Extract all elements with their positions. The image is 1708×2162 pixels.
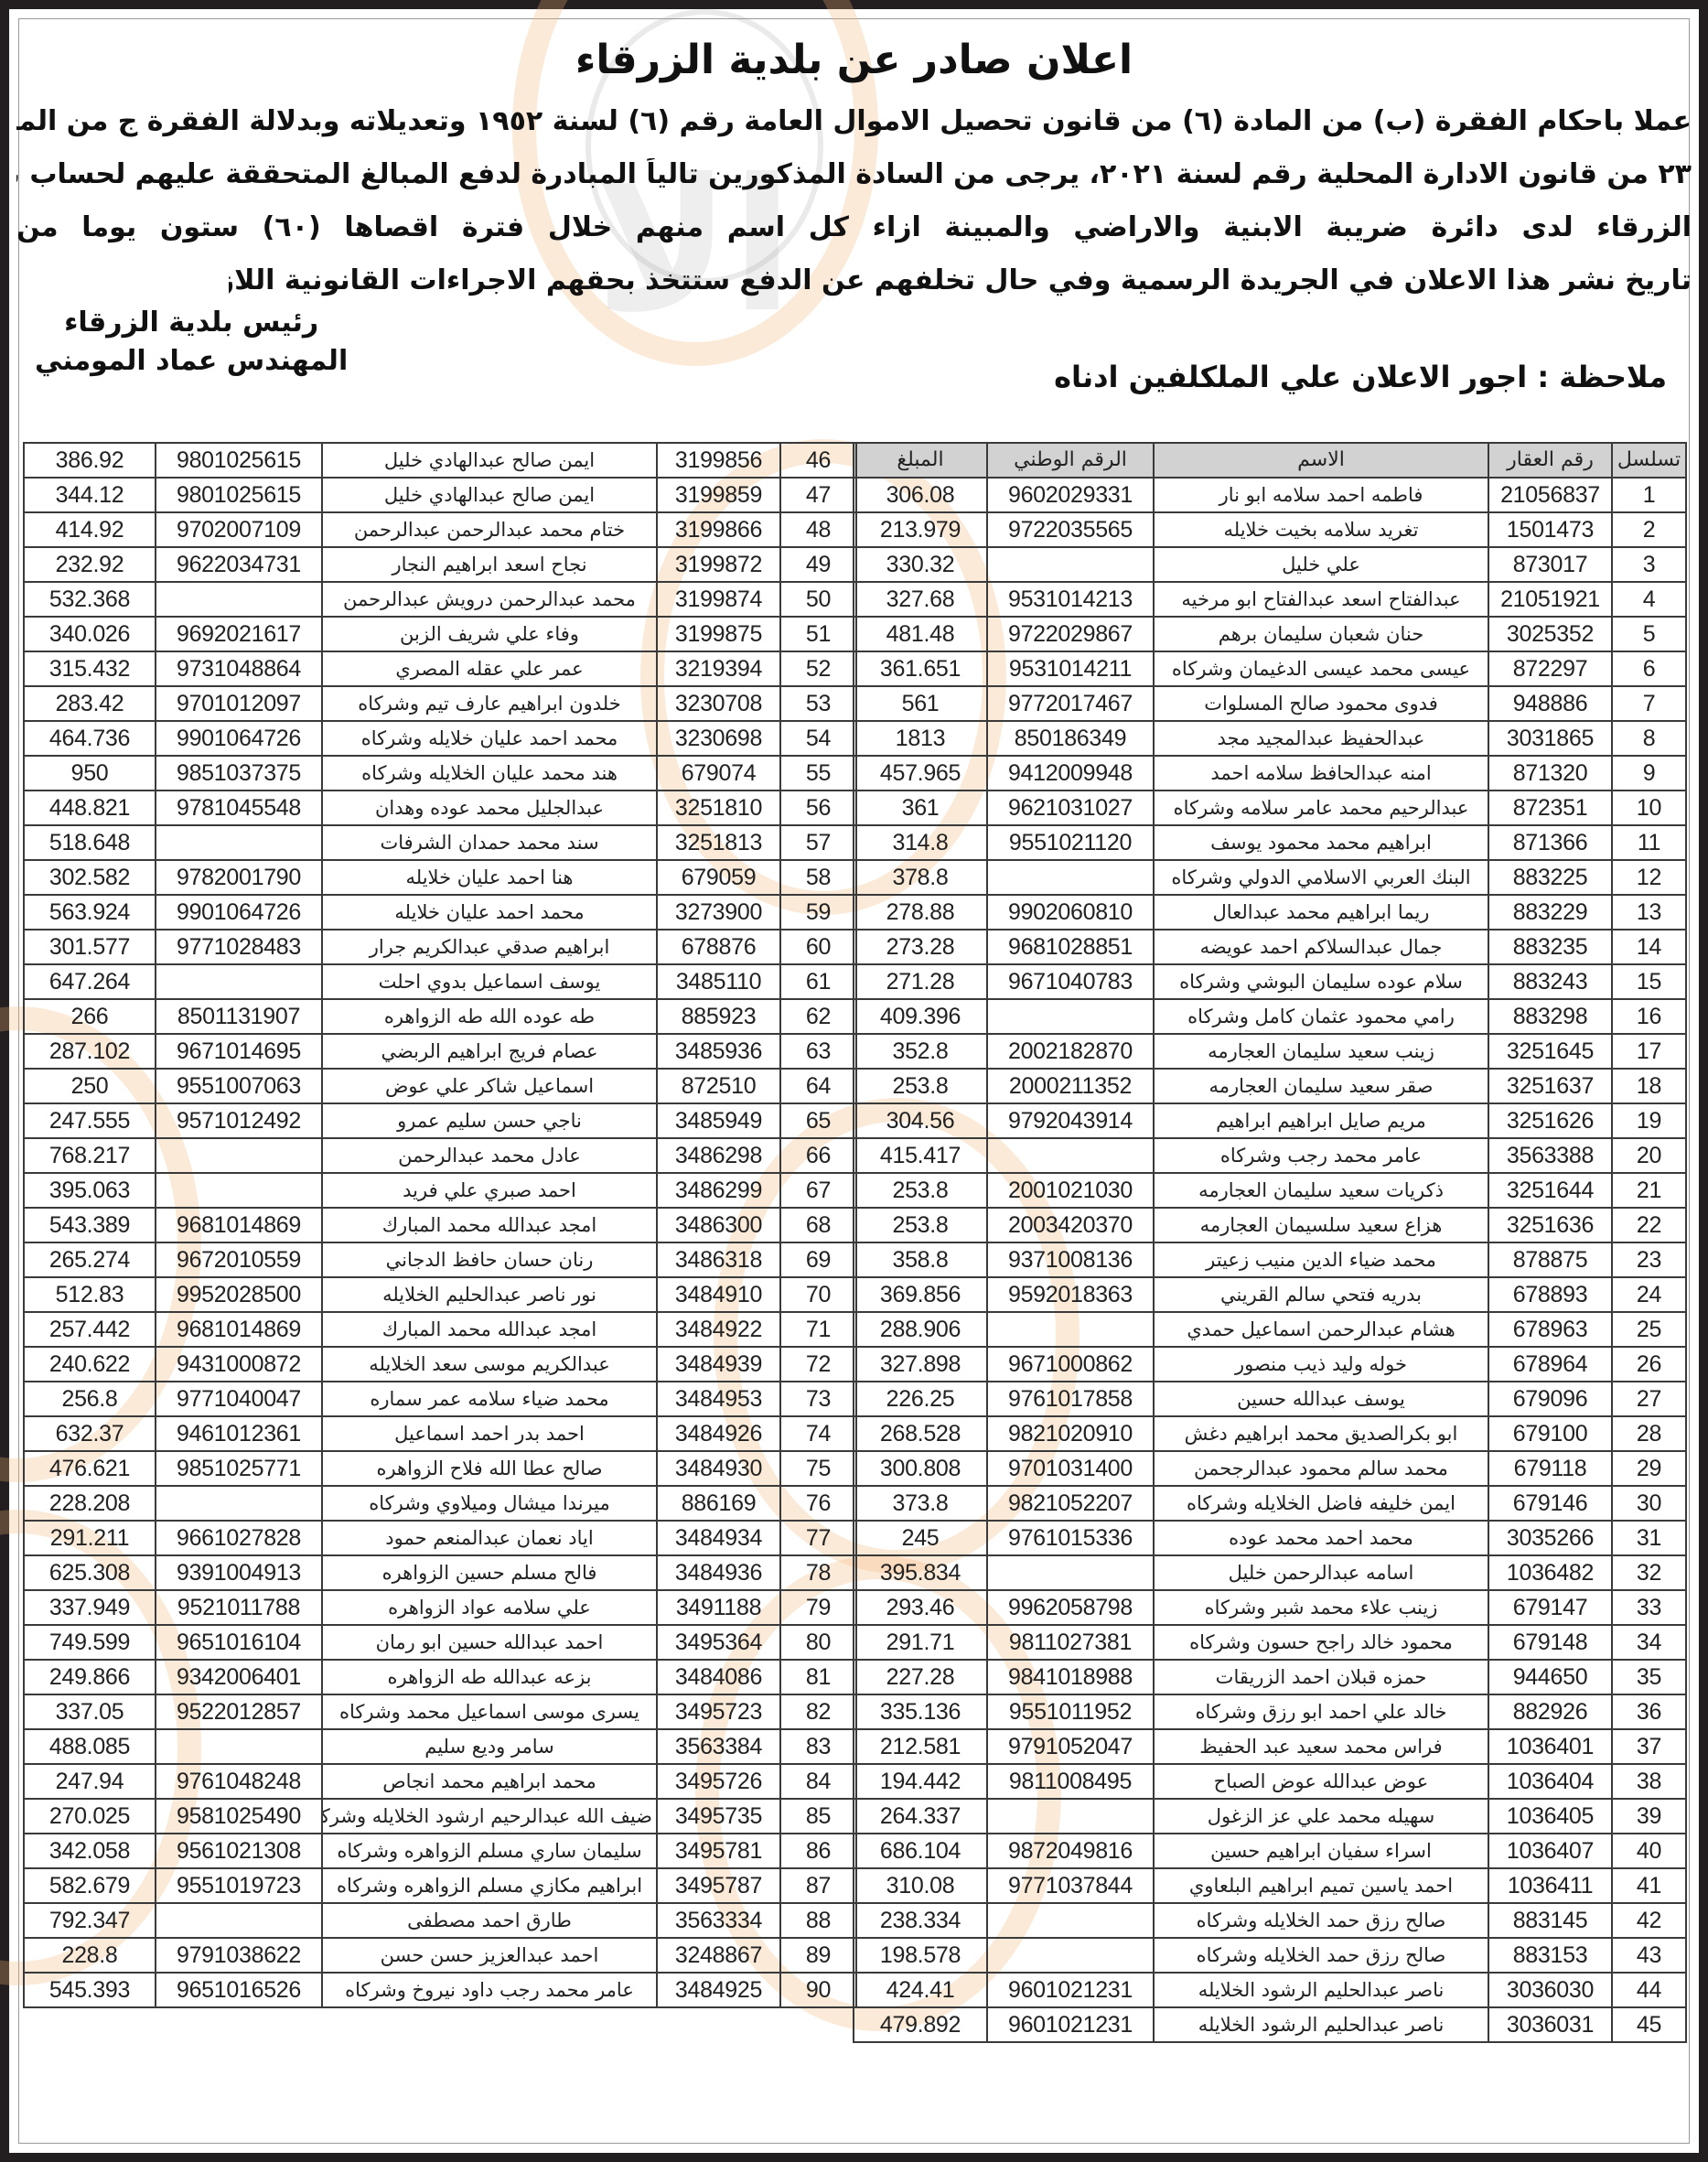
cell-name: سامر وديع سليم	[322, 1729, 657, 1764]
cell-national-id: 9761017858	[987, 1382, 1154, 1416]
cell-amount: 287.102	[24, 1034, 156, 1069]
cell-name: ناجي حسن سليم عمرو	[322, 1103, 657, 1138]
cell-property-no: 3495723	[657, 1694, 780, 1729]
cell-national-id: 9801025615	[156, 478, 322, 512]
cell-national-id	[156, 964, 322, 999]
cell-serial: 66	[780, 1138, 856, 1173]
cell-serial: 67	[780, 1173, 856, 1208]
header-amount: المبلغ	[854, 443, 987, 478]
cell-national-id: 9581025490	[156, 1799, 322, 1834]
cell-name: عبدالكريم موسى سعد الخلايله	[322, 1347, 657, 1382]
cell-serial: 64	[780, 1069, 856, 1103]
cell-property-no: 883153	[1488, 1938, 1612, 1973]
cell-name: سند محمد حمدان الشرفات	[322, 825, 657, 860]
cell-name: ابراهيم صدقي عبدالكريم جرار	[322, 930, 657, 964]
cell-name: هنا احمد عليان خلايله	[322, 860, 657, 895]
table-row: 443036030ناصر عبدالحليم الرشود الخلايله9…	[854, 1973, 1686, 2007]
cell-amount: 240.622	[24, 1347, 156, 1382]
cell-serial: 21	[1612, 1173, 1686, 1208]
table-row: 483199866ختام محمد عبدالرحمن عبدالرحمن97…	[24, 512, 856, 547]
cell-property-no: 679147	[1488, 1590, 1612, 1625]
cell-national-id: 9701031400	[987, 1451, 1154, 1486]
table-row: 903484925عامر محمد رجب داود نيروخ وشركاه…	[24, 1973, 856, 2007]
cell-national-id: 9761048248	[156, 1764, 322, 1799]
table-row: 223251636هزاع سعيد سلسيمان العجارمه20034…	[854, 1208, 1686, 1242]
cell-amount: 686.104	[854, 1834, 987, 1868]
cell-amount: 518.648	[24, 825, 156, 860]
cell-serial: 71	[780, 1312, 856, 1347]
cell-national-id: 9601021231	[987, 2007, 1154, 2042]
cell-amount: 561	[854, 686, 987, 721]
cell-serial: 63	[780, 1034, 856, 1069]
table-row: 13883229ريما ابراهيم محمد عبدالعال990206…	[854, 895, 1686, 930]
cell-serial: 9	[1612, 756, 1686, 791]
cell-property-no: 3484086	[657, 1660, 780, 1694]
cell-property-no: 3484934	[657, 1521, 780, 1555]
cell-serial: 25	[1612, 1312, 1686, 1347]
cell-amount: 1813	[854, 721, 987, 756]
cell-property-no: 3495781	[657, 1834, 780, 1868]
cell-property-no: 3486298	[657, 1138, 780, 1173]
cell-national-id: 9622034731	[156, 547, 322, 582]
cell-amount: 337.949	[24, 1590, 156, 1625]
cell-property-no: 1036482	[1488, 1555, 1612, 1590]
cell-property-no: 3251636	[1488, 1208, 1612, 1242]
cell-amount: 409.396	[854, 999, 987, 1034]
cell-property-no: 3486318	[657, 1242, 780, 1277]
cell-name: عامر محمد رجب وشركاه	[1154, 1138, 1488, 1173]
cell-name: ابو بكرالصديق محمد ابراهيم دغش	[1154, 1416, 1488, 1451]
cell-serial: 37	[1612, 1729, 1686, 1764]
cell-serial: 8	[1612, 721, 1686, 756]
cell-serial: 56	[780, 791, 856, 825]
cell-amount: 792.347	[24, 1903, 156, 1938]
cell-serial: 78	[780, 1555, 856, 1590]
table-row: 493199872نجاح اسعد ابراهيم النجار9622034…	[24, 547, 856, 582]
cell-serial: 65	[780, 1103, 856, 1138]
cell-national-id: 9531014211	[987, 651, 1154, 686]
table-row: 773484934اياد نعمان عبدالمنعم حمود966102…	[24, 1521, 856, 1555]
table-row: 34679148محمود خالد راجح حسون وشركاه98110…	[854, 1625, 1686, 1660]
cell-property-no: 678893	[1488, 1277, 1612, 1312]
table-row: 673486299احمد صبري علي فريد395.063	[24, 1173, 856, 1208]
cell-serial: 74	[780, 1416, 856, 1451]
cell-national-id: 9551019723	[156, 1868, 322, 1903]
cell-amount: 327.68	[854, 582, 987, 617]
cell-national-id: 9551011952	[987, 1694, 1154, 1729]
table-row: 783484936فالح مسلم حسين الزواهره93910049…	[24, 1555, 856, 1590]
table-row: 28679100ابو بكرالصديق محمد ابراهيم دغش98…	[854, 1416, 1686, 1451]
cell-national-id: 2000211352	[987, 1069, 1154, 1103]
cell-national-id: 2003420370	[987, 1208, 1154, 1242]
cell-amount: 256.8	[24, 1382, 156, 1416]
cell-serial: 34	[1612, 1625, 1686, 1660]
table-row: 12883225البنك العربي الاسلامي الدولي وشر…	[854, 860, 1686, 895]
cell-amount: 582.679	[24, 1868, 156, 1903]
cell-national-id: 9782001790	[156, 860, 322, 895]
cell-amount: 342.058	[24, 1834, 156, 1868]
cell-serial: 48	[780, 512, 856, 547]
cell-name: ابراهيم محمد محمود يوسف	[1154, 825, 1488, 860]
cell-property-no: 678963	[1488, 1312, 1612, 1347]
cell-serial: 72	[780, 1347, 856, 1382]
cell-serial: 49	[780, 547, 856, 582]
cell-serial: 47	[780, 478, 856, 512]
cell-serial: 15	[1612, 964, 1686, 999]
cell-name: يوسف اسماعيل بدوي احلت	[322, 964, 657, 999]
cell-amount: 315.432	[24, 651, 156, 686]
table-row: 33679147زينب علاء محمد شبر وشركاه9962058…	[854, 1590, 1686, 1625]
cell-name: وفاء علي شريف الزبن	[322, 617, 657, 651]
cell-amount: 647.264	[24, 964, 156, 999]
notice-paragraph-line-4: تاريخ نشر هذا الاعلان في الجريدة الرسمية…	[229, 264, 1692, 296]
cell-property-no: 3495735	[657, 1799, 780, 1834]
cell-property-no: 872510	[657, 1069, 780, 1103]
cell-national-id: 9821020910	[987, 1416, 1154, 1451]
table-row: 543230698محمد احمد عليان خلايله وشركاه99…	[24, 721, 856, 756]
cell-name: هشام عبدالرحمن اسماعيل حمدي	[1154, 1312, 1488, 1347]
cell-amount: 415.417	[854, 1138, 987, 1173]
cell-property-no: 944650	[1488, 1660, 1612, 1694]
cell-amount: 283.42	[24, 686, 156, 721]
cell-national-id: 9841018988	[987, 1660, 1154, 1694]
table-row: 421051921عبدالفتاح اسعد عبدالفتاح ابو مر…	[854, 582, 1686, 617]
cell-name: محمد ضياء الدين منيب زعيتر	[1154, 1242, 1488, 1277]
table-row: 25678963هشام عبدالرحمن اسماعيل حمدي288.9…	[854, 1312, 1686, 1347]
signature-block: رئيس بلدية الزرقاء المهندس عماد المومني	[35, 304, 348, 381]
cell-name: هند محمد عليان الخلايله وشركاه	[322, 756, 657, 791]
table-row: 723484939عبدالكريم موسى سعد الخلايله9431…	[24, 1347, 856, 1382]
cell-national-id: 9731048864	[156, 651, 322, 686]
cell-amount: 227.28	[854, 1660, 987, 1694]
cell-national-id: 9412009948	[987, 756, 1154, 791]
cell-serial: 35	[1612, 1660, 1686, 1694]
cell-serial: 32	[1612, 1555, 1686, 1590]
cell-amount: 373.8	[854, 1486, 987, 1521]
cell-property-no: 3491188	[657, 1590, 780, 1625]
cell-national-id: 9671040783	[987, 964, 1154, 999]
cell-amount: 448.821	[24, 791, 156, 825]
cell-national-id: 9792043914	[987, 1103, 1154, 1138]
cell-name: سلام عوده سليمان البوشي وشركاه	[1154, 964, 1488, 999]
cell-name: ايمن خليفه فاضل الخلايله وشركاه	[1154, 1486, 1488, 1521]
cell-property-no: 3036030	[1488, 1973, 1612, 2007]
cell-serial: 6	[1612, 651, 1686, 686]
cell-national-id: 9902060810	[987, 895, 1154, 930]
cell-property-no: 679100	[1488, 1416, 1612, 1451]
cell-property-no: 1036404	[1488, 1764, 1612, 1799]
cell-name: محمد سالم محمود عبدالرجحمن	[1154, 1451, 1488, 1486]
table-row: 203563388عامر محمد رجب وشركاه415.417	[854, 1138, 1686, 1173]
header-national-id: الرقم الوطني	[987, 443, 1154, 478]
cell-national-id: 9821052207	[987, 1486, 1154, 1521]
cell-serial: 79	[780, 1590, 856, 1625]
cell-property-no: 678876	[657, 930, 780, 964]
cell-property-no: 679074	[657, 756, 780, 791]
cell-national-id: 9791038622	[156, 1938, 322, 1973]
table-row: 411036411احمد ياسين تميم ابراهيم البلعاو…	[854, 1868, 1686, 1903]
cell-national-id: 9722029867	[987, 617, 1154, 651]
cell-serial: 14	[1612, 930, 1686, 964]
cell-national-id: 9962058798	[987, 1590, 1154, 1625]
table-row: 23878875محمد ضياء الدين منيب زعيتر937100…	[854, 1242, 1686, 1277]
table-row: 713484922امجد عبدالله محمد المبارك968101…	[24, 1312, 856, 1347]
cell-serial: 58	[780, 860, 856, 895]
cell-name: امجد عبدالله محمد المبارك	[322, 1312, 657, 1347]
cell-property-no: 3035266	[1488, 1521, 1612, 1555]
cell-amount: 245	[854, 1521, 987, 1555]
cell-national-id	[156, 825, 322, 860]
cell-name: تغريد سلامه بخيت خلايله	[1154, 512, 1488, 547]
table-row: 883563334طارق احمد مصطفى792.347	[24, 1903, 856, 1938]
cell-property-no: 1036411	[1488, 1868, 1612, 1903]
cell-property-no: 3251810	[657, 791, 780, 825]
fees-note: ملاحظة : اجور الاعلان علي الملكلفين ادنا…	[1054, 360, 1667, 394]
cell-amount: 749.599	[24, 1625, 156, 1660]
cell-serial: 57	[780, 825, 856, 860]
table-row: 733484953محمد ضياء سلامه عمر سماره977104…	[24, 1382, 856, 1416]
table-row: 183251637صقر سعيد سليمان العجارمه2000211…	[854, 1069, 1686, 1103]
cell-name: احمد ياسين تميم ابراهيم البلعاوي	[1154, 1868, 1488, 1903]
cell-serial: 43	[1612, 1938, 1686, 1973]
cell-serial: 84	[780, 1764, 856, 1799]
cell-property-no: 883298	[1488, 999, 1612, 1034]
cell-serial: 28	[1612, 1416, 1686, 1451]
cell-national-id: 850186349	[987, 721, 1154, 756]
cell-name: فاطمه احمد سلامه ابو نار	[1154, 478, 1488, 512]
cell-property-no: 21056837	[1488, 478, 1612, 512]
cell-name: عصام فريج ابراهيم الربضي	[322, 1034, 657, 1069]
cell-name: اسامه عبدالرحمن خليل	[1154, 1555, 1488, 1590]
cell-property-no: 678964	[1488, 1347, 1612, 1382]
cell-amount: 464.736	[24, 721, 156, 756]
cell-property-no: 3199856	[657, 443, 780, 478]
cell-name: محمد عبدالرحمن درويش عبدالرحمن	[322, 582, 657, 617]
table-row: 853495735ضيف الله عبدالرحيم ارشود الخلاي…	[24, 1799, 856, 1834]
cell-property-no: 3485949	[657, 1103, 780, 1138]
cell-national-id	[987, 999, 1154, 1034]
cell-property-no: 883145	[1488, 1903, 1612, 1938]
cell-national-id: 9681028851	[987, 930, 1154, 964]
table-row: 16883298رامي محمود عثمان كامل وشركاه409.…	[854, 999, 1686, 1034]
cell-property-no: 3219394	[657, 651, 780, 686]
cell-national-id: 9522012857	[156, 1694, 322, 1729]
cell-serial: 3	[1612, 547, 1686, 582]
cell-national-id: 9651016104	[156, 1625, 322, 1660]
cell-amount: 265.274	[24, 1242, 156, 1277]
cell-name: فراس محمد سعيد عبد الحفيظ	[1154, 1729, 1488, 1764]
cell-national-id	[987, 1138, 1154, 1173]
cell-national-id	[987, 1555, 1154, 1590]
cell-property-no: 679096	[1488, 1382, 1612, 1416]
table-row: 613485110يوسف اسماعيل بدوي احلت647.264	[24, 964, 856, 999]
cell-name: محمد احمد عليان خلايله وشركاه	[322, 721, 657, 756]
cell-property-no: 1501473	[1488, 512, 1612, 547]
cell-serial: 2	[1612, 512, 1686, 547]
cell-name: هزاع سعيد سلسيمان العجارمه	[1154, 1208, 1488, 1242]
cell-national-id: 9771040047	[156, 1382, 322, 1416]
table-row: 513199875وفاء علي شريف الزبن969202161734…	[24, 617, 856, 651]
cell-serial: 87	[780, 1868, 856, 1903]
cell-name: عامر محمد رجب داود نيروخ وشركاه	[322, 1973, 657, 2007]
table-row: 473199859ايمن صالح عبدالهادي خليل9801025…	[24, 478, 856, 512]
cell-national-id: 9671014695	[156, 1034, 322, 1069]
cell-serial: 16	[1612, 999, 1686, 1034]
table-row: 7948886فدوى محمود صالح المسلوات977201746…	[854, 686, 1686, 721]
cell-amount: 228.208	[24, 1486, 156, 1521]
cell-national-id: 9791052047	[987, 1729, 1154, 1764]
cell-national-id: 9601021231	[987, 1973, 1154, 2007]
table-row: 593273900محمد احمد عليان خلايله990106472…	[24, 895, 856, 930]
cell-name: عمر علي عقله المصري	[322, 651, 657, 686]
cell-amount: 291.211	[24, 1521, 156, 1555]
table-row: 83031865عبدالحفيظ عبدالمجيد مجد850186349…	[854, 721, 1686, 756]
cell-property-no: 3273900	[657, 895, 780, 930]
notice-paragraph-line-2: ٢٣ من قانون الادارة المحلية رقم لسنة ٢٠٢…	[16, 158, 1692, 190]
cell-amount: 335.136	[854, 1694, 987, 1729]
cell-amount: 386.92	[24, 443, 156, 478]
cell-national-id: 9702007109	[156, 512, 322, 547]
table-row: 823495723يسرى موسى اسماعيل محمد وشركاه95…	[24, 1694, 856, 1729]
cell-name: عبدالحفيظ عبدالمجيد مجد	[1154, 721, 1488, 756]
signature-name: المهندس عماد المومني	[35, 342, 348, 381]
cell-property-no: 883243	[1488, 964, 1612, 999]
cell-national-id: 9521011788	[156, 1590, 322, 1625]
cell-property-no: 3486300	[657, 1208, 780, 1242]
cell-name: ميرندا ميشال وميلاوي وشركاه	[322, 1486, 657, 1521]
cell-national-id: 9661027828	[156, 1521, 322, 1555]
cell-amount: 198.578	[854, 1938, 987, 1973]
cell-serial: 31	[1612, 1521, 1686, 1555]
cell-property-no: 3484953	[657, 1382, 780, 1416]
cell-property-no: 3230708	[657, 686, 780, 721]
cell-serial: 18	[1612, 1069, 1686, 1103]
cell-amount: 278.88	[854, 895, 987, 930]
cell-serial: 5	[1612, 617, 1686, 651]
table-row: 371036401فراس محمد سعيد عبد الحفيظ979105…	[854, 1729, 1686, 1764]
cell-name: حمزه قبلان احمد الزريقات	[1154, 1660, 1488, 1694]
cell-national-id	[156, 1173, 322, 1208]
cell-serial: 4	[1612, 582, 1686, 617]
cell-property-no: 3486299	[657, 1173, 780, 1208]
cell-name: امنه عبدالحافظ سلامه احمد	[1154, 756, 1488, 791]
table-row: 813484086بزعه عبدالله طه الزواهره9342006…	[24, 1660, 856, 1694]
cell-property-no: 3485110	[657, 964, 780, 999]
cell-amount: 352.8	[854, 1034, 987, 1069]
table-row: 753484930صالح عطا الله فلاح الزواهره9851…	[24, 1451, 856, 1486]
table-row: 401036407اسراء سفيان ابراهيم حسين9872049…	[854, 1834, 1686, 1868]
cell-name: سهيله محمد علي عز الزغول	[1154, 1799, 1488, 1834]
cell-name: عادل محمد عبدالرحمن	[322, 1138, 657, 1173]
taxpayers-table-right: تسلسل رقم العقار الاسم الرقم الوطني المب…	[853, 442, 1687, 2043]
cell-national-id	[987, 1312, 1154, 1347]
cell-amount: 476.621	[24, 1451, 156, 1486]
table-row: 703484910نور ناصر عبدالحليم الخلايله9952…	[24, 1277, 856, 1312]
table-body-left: 463199856ايمن صالح عبدالهادي خليل9801025…	[24, 443, 856, 2007]
cell-serial: 81	[780, 1660, 856, 1694]
table-row: 833563384سامر وديع سليم488.085	[24, 1729, 856, 1764]
cell-national-id: 9761015336	[987, 1521, 1154, 1555]
cell-property-no: 1036405	[1488, 1799, 1612, 1834]
cell-serial: 24	[1612, 1277, 1686, 1312]
table-body-right: 121056837فاطمه احمد سلامه ابو نار9602029…	[854, 478, 1686, 2042]
cell-amount: 395.834	[854, 1555, 987, 1590]
table-row: 35944650حمزه قبلان احمد الزريقات98410189…	[854, 1660, 1686, 1694]
cell-name: ابراهيم مكازي مسلم الزواهره وشركاه	[322, 1868, 657, 1903]
cell-property-no: 883229	[1488, 895, 1612, 930]
table-row: 683486300امجد عبدالله محمد المبارك968101…	[24, 1208, 856, 1242]
cell-amount: 327.898	[854, 1347, 987, 1382]
cell-name: خوله وليد ذيب منصور	[1154, 1347, 1488, 1382]
cell-national-id: 9391004913	[156, 1555, 322, 1590]
cell-amount: 238.334	[854, 1903, 987, 1938]
cell-amount: 247.555	[24, 1103, 156, 1138]
cell-amount: 378.8	[854, 860, 987, 895]
table-row: 24678893بدريه فتحي سالم القريني959201836…	[854, 1277, 1686, 1312]
cell-property-no: 3248867	[657, 1938, 780, 1973]
cell-serial: 59	[780, 895, 856, 930]
cell-national-id	[156, 1729, 322, 1764]
cell-national-id: 9771028483	[156, 930, 322, 964]
table-row: 523219394عمر علي عقله المصري973104886431…	[24, 651, 856, 686]
cell-property-no: 3199866	[657, 512, 780, 547]
notice-paragraph-line-1: عملا باحكام الفقرة (ب) من المادة (٦) من …	[16, 105, 1692, 137]
cell-name: عيسى محمد عيسى الدغيمان وشركاه	[1154, 651, 1488, 686]
cell-serial: 45	[1612, 2007, 1686, 2042]
cell-serial: 54	[780, 721, 856, 756]
table-row: 30679146ايمن خليفه فاضل الخلايله وشركاه9…	[854, 1486, 1686, 1521]
cell-serial: 46	[780, 443, 856, 478]
cell-national-id	[987, 547, 1154, 582]
cell-name: صقر سعيد سليمان العجارمه	[1154, 1069, 1488, 1103]
cell-amount: 340.026	[24, 617, 156, 651]
table-row: 381036404عوض عبدالله عوض الصباح981100849…	[854, 1764, 1686, 1799]
table-row: 55679074هند محمد عليان الخلايله وشركاه98…	[24, 756, 856, 791]
cell-amount: 481.48	[854, 617, 987, 651]
table-row: 873495787ابراهيم مكازي مسلم الزواهره وشر…	[24, 1868, 856, 1903]
cell-property-no: 886169	[657, 1486, 780, 1521]
table-row: 663486298عادل محمد عبدالرحمن768.217	[24, 1138, 856, 1173]
cell-serial: 12	[1612, 860, 1686, 895]
cell-amount: 563.924	[24, 895, 156, 930]
cell-national-id: 9621031027	[987, 791, 1154, 825]
cell-amount: 250	[24, 1069, 156, 1103]
cell-serial: 23	[1612, 1242, 1686, 1277]
cell-property-no: 3484930	[657, 1451, 780, 1486]
table-row: 58679059هنا احمد عليان خلايله97820017903…	[24, 860, 856, 895]
table-row: 693486318رنان حسان حافظ الدجاني967201055…	[24, 1242, 856, 1277]
table-row: 64872510اسماعيل شاكر علي عوض955100706325…	[24, 1069, 856, 1103]
cell-serial: 36	[1612, 1694, 1686, 1729]
cell-property-no: 3251626	[1488, 1103, 1612, 1138]
cell-national-id: 9551021120	[987, 825, 1154, 860]
cell-property-no: 872297	[1488, 651, 1612, 686]
cell-national-id: 9571012492	[156, 1103, 322, 1138]
cell-serial: 42	[1612, 1903, 1686, 1938]
table-row: 843495726محمد ابراهيم محمد انجاص97610482…	[24, 1764, 856, 1799]
cell-national-id	[156, 1486, 322, 1521]
cell-amount: 300.808	[854, 1451, 987, 1486]
cell-name: ريما ابراهيم محمد عبدالعال	[1154, 895, 1488, 930]
cell-serial: 26	[1612, 1347, 1686, 1382]
table-row: 42883145صالح رزق حمد الخلايله وشركاه238.…	[854, 1903, 1686, 1938]
cell-serial: 51	[780, 617, 856, 651]
cell-serial: 76	[780, 1486, 856, 1521]
cell-national-id: 9701012097	[156, 686, 322, 721]
cell-amount: 253.8	[854, 1208, 987, 1242]
cell-amount: 310.08	[854, 1868, 987, 1903]
cell-amount: 232.92	[24, 547, 156, 582]
